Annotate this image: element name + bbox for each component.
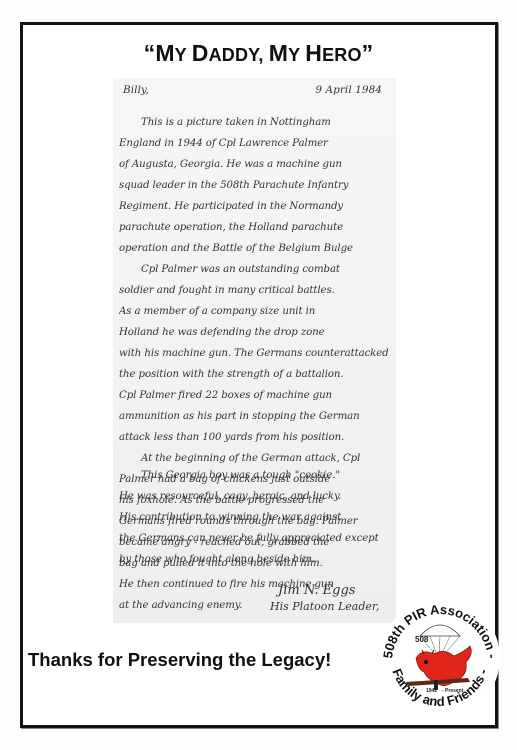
handwritten-letter: Billy, 9 April 1984 This is a picture ta… [113,78,396,623]
logo-year-start: 1942 [426,688,437,694]
title-words: MY DADDY, MY HERO [155,40,361,66]
letter-line: Holland he was defending the drop zone [119,322,394,343]
title-word-rest: ADDY, [209,45,269,65]
letter-line: As a member of a company size unit in [119,301,394,322]
letter-line: squad leader in the 508th Parachute Infa… [119,175,394,196]
letter-line: Cpl Palmer was an outstanding combat [119,259,394,280]
title-open-quote: “ [144,40,156,66]
letter-line: He was resourceful, cagy, heroic, and lu… [119,486,394,507]
letter-line: This is a picture taken in Nottingham [119,112,394,133]
letter-line: parachute operation, the Holland parachu… [119,217,394,238]
letter-line: Regiment. He participated in the Normand… [119,196,394,217]
title-word-initial: M [155,40,174,66]
title-word-initial: M [269,40,288,66]
letter-line: Cpl Palmer fired 22 boxes of machine gun [119,385,394,406]
title-word-rest: Y [175,45,192,65]
letter-line: attack less than 100 yards from his posi… [119,427,394,448]
letter-line: the Germans can never be fully appreciat… [119,528,394,549]
page-title: “MY DADDY, MY HERO” [0,40,517,67]
title-word-rest: ERO [322,45,362,65]
logo-year-end: - Present [442,688,464,694]
letter-signature-title: His Platoon Leader, [270,600,379,613]
title-word-initial: D [192,40,209,66]
association-logo: 508th PIR Association - Family and Frien… [378,596,502,720]
letter-line: of Augusta, Georgia. He was a machine gu… [119,154,394,175]
letter-line: His contribution to winning the war agai… [119,507,394,528]
letter-salutation: Billy, [123,84,149,96]
letter-line: England in 1944 of Cpl Lawrence Palmer [119,133,394,154]
logo-badge-number: 508 [415,635,429,644]
letter-line: operation and the Battle of the Belgium … [119,238,394,259]
title-word-initial: H [305,40,322,66]
footer-tagline: Thanks for Preserving the Legacy! [28,649,331,671]
letter-date: 9 April 1984 [315,84,382,96]
letter-line: the position with the strength of a batt… [119,364,394,385]
letter-line: with his machine gun. The Germans counte… [119,343,394,364]
letter-closing: This Georgia boy was a tough "cookie."He… [119,465,394,570]
letter-line: ammunition as his part in stopping the G… [119,406,394,427]
letter-line: by those who fought along beside him. [119,549,394,570]
title-close-quote: ” [362,40,374,66]
letter-line: soldier and fought in many critical batt… [119,280,394,301]
title-word-rest: Y [288,45,305,65]
letter-line: This Georgia boy was a tough "cookie." [119,465,394,486]
letter-signature: Jim N. Eggs [278,583,355,598]
